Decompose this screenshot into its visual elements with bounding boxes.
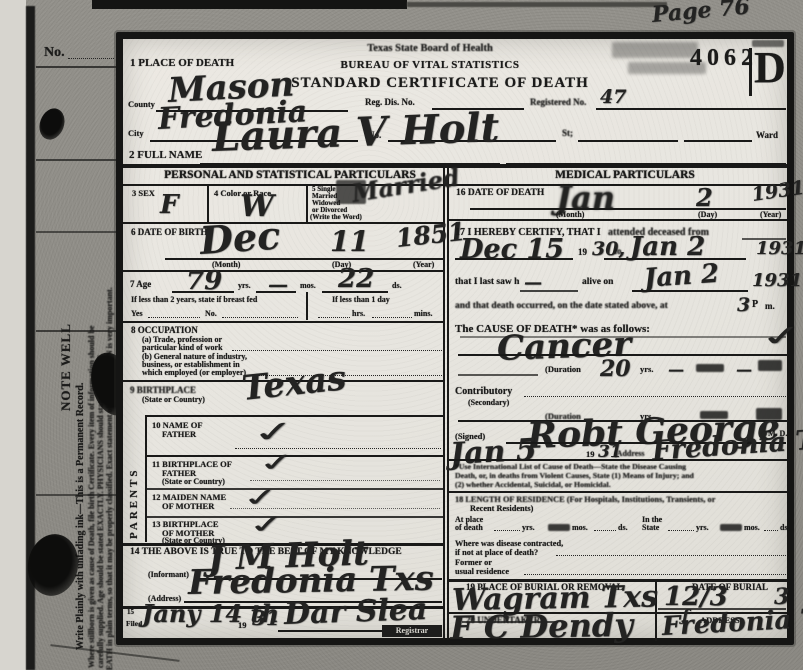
filed-19-printed: 19 [238, 621, 247, 630]
duration-label: (Duration [545, 365, 581, 374]
dod-year-label: (Year) [760, 211, 781, 219]
informant-label: (Informant) [148, 571, 189, 579]
last-saw-label: that I last saw h [455, 278, 519, 288]
scanned-certificate-page: Page 76 No. NOTE WELL Write Plainly with… [0, 0, 803, 670]
undertaker-handwriting: F C Dendy [450, 609, 633, 644]
father-name-label-2: FATHER [162, 430, 196, 439]
sex-handwriting: F [160, 192, 178, 218]
parents-label: PARENTS [129, 467, 140, 539]
signed-address-label: (Address [614, 450, 645, 458]
dob-month-handwriting: Dec [199, 216, 282, 260]
margin-rule [36, 231, 116, 233]
hrs-line [318, 317, 350, 318]
page-note-handwriting: Page 76 [651, 0, 750, 26]
margin-note-well: NOTE WELL [59, 323, 72, 411]
occupation-a-line [232, 350, 442, 351]
margin-rule [36, 159, 116, 161]
mother-name-checkmark: ✓ [239, 484, 283, 511]
birthplace-label: 9 BIRTHPLACE [130, 386, 196, 395]
marital-label-5: (Write the Word) [310, 214, 362, 221]
dob-day-handwriting: 11 [330, 228, 369, 256]
death-time-handwriting: 3 [737, 296, 750, 315]
residence-label-2: Recent Residents) [470, 505, 533, 513]
last-saw-line-1 [520, 290, 578, 292]
registered-no-label: Registered No. [530, 98, 586, 107]
residence-yrs-label: yrs. [522, 524, 535, 532]
ward-label: Ward [756, 131, 778, 140]
no-line [222, 317, 298, 318]
state-ds-label: ds. [780, 524, 790, 532]
residence-line [764, 530, 778, 531]
former-label-2: usual residence [455, 568, 509, 576]
secondary-label: (Secondary) [468, 399, 509, 407]
attended-line-2 [604, 258, 746, 260]
yrs-label: yrs. [238, 282, 251, 290]
film-edge [0, 0, 26, 670]
at-place-label-2: of death [455, 524, 483, 532]
age-label: 7 Age [130, 280, 151, 289]
to-label: to [614, 247, 622, 256]
mother-name-line [230, 508, 440, 509]
attended-to-handwriting: Jan 2 [630, 234, 705, 260]
age-days-handwriting: 22 [338, 266, 374, 292]
attended-to-year-handwriting: 1931 [756, 240, 803, 258]
occupation-a2: particular kind of work [142, 344, 223, 352]
row-divider [449, 459, 787, 461]
birthplace-state-label: (State or Country) [142, 396, 205, 404]
margin-stillborn-note-3: DEATH in plain terms, so that it may be … [106, 287, 114, 670]
margin-no-line [68, 58, 114, 59]
scratch-line [50, 644, 179, 661]
cell-divider [306, 292, 308, 320]
age-line [322, 291, 388, 293]
registered-no-handwriting: 47 [600, 88, 626, 107]
in-the-label-2: State [642, 524, 659, 532]
registered-no-line [596, 108, 786, 110]
m-label: m. [765, 302, 775, 311]
cause-checkmark: ✓ [756, 321, 803, 352]
father-birthplace-line [250, 480, 440, 481]
top-edge-band-2 [407, 2, 667, 7]
dod-label: 16 DATE OF DEATH [456, 189, 544, 199]
breast-fed-label: If less than 2 years, state if breast fe… [131, 296, 257, 304]
filed-number: 15 [127, 609, 134, 616]
residence-line [494, 530, 520, 531]
death-time-suffix: P [752, 300, 758, 310]
parents-divider [145, 415, 147, 542]
occupation-b3: which employed (or employer) [142, 369, 246, 377]
footnote-line-2: Death, or, in deaths from Violent Causes… [455, 472, 694, 480]
row-divider [145, 415, 444, 417]
less-day-label: If less than 1 day [332, 296, 390, 304]
county-label: County [128, 100, 155, 109]
dod-year-handwriting: 1931 [751, 179, 803, 205]
row-divider [449, 219, 787, 221]
duration-years-handwriting: 20 [600, 358, 631, 380]
sex-label: 3 SEX [132, 189, 155, 198]
father-birthplace-checkmark: ✓ [255, 449, 299, 476]
row-divider [449, 491, 787, 493]
yes-label: Yes [131, 310, 143, 318]
mos-label: mos. [300, 282, 316, 290]
attended-line-1 [455, 258, 573, 260]
yes-line [148, 317, 200, 318]
ink-blob [35, 105, 68, 143]
stamp-letter-d: D [754, 46, 786, 90]
cell-divider [306, 186, 308, 222]
city-label: City [128, 129, 144, 138]
bureau-title: BUREAU OF VITAL STATISTICS [320, 60, 540, 71]
row-divider [123, 321, 444, 323]
duration-yrs-label: yrs. [640, 365, 653, 374]
death-occurred-label: and that death occurred, on the date sta… [455, 302, 668, 312]
no-label: No. [205, 310, 217, 318]
dod-line [470, 208, 786, 210]
age-line [172, 291, 234, 293]
last-saw-date-handwriting: Jan 2 [643, 261, 720, 292]
reg-dis-label: Reg. Dis. No. [365, 98, 415, 107]
last-saw-line-2 [632, 290, 748, 292]
residence-ds-label: ds. [618, 524, 628, 532]
dod-month-label: (Month) [556, 211, 584, 219]
former-line [524, 574, 786, 575]
registrar-label-chip: Registrar [382, 625, 442, 637]
mother-name-label-2: OF MOTHER [162, 502, 214, 511]
residence-line [594, 530, 616, 531]
board-title: Texas State Board of Health [330, 44, 530, 55]
occupation-label: 8 OCCUPATION [131, 326, 198, 335]
filed-label: Filed [126, 620, 142, 628]
st-label: St; [562, 129, 573, 138]
row-divider [145, 488, 444, 490]
st-line [578, 140, 678, 142]
full-name-handwriting: Laura V Holt [211, 108, 499, 158]
filed-year-handwriting: 31 [252, 608, 280, 628]
state-yrs-label: yrs. [696, 524, 709, 532]
contributory-label: Contributory [455, 387, 512, 397]
ink-smear [720, 524, 742, 531]
residence-line [668, 530, 694, 531]
stamp-bracket [749, 48, 752, 96]
duration-dash-1: — [668, 362, 684, 378]
footnote-line-1: *Use International List of Cause of Deat… [455, 463, 686, 471]
duration-dash-2: — [736, 362, 752, 378]
stamp-smudge [612, 42, 698, 58]
ward-line [684, 140, 752, 142]
dod-day-handwriting: 2 [696, 186, 713, 210]
contributory-line [524, 396, 786, 397]
top-edge-band [92, 0, 407, 9]
contracted-line [556, 555, 786, 556]
margin-rule [36, 330, 116, 332]
alive-on-label: alive on [582, 278, 613, 288]
mins-line [372, 317, 412, 318]
ink-smear [758, 360, 782, 371]
mother-birthplace-checkmark: ✓ [245, 511, 289, 538]
printed-19-b: 19 [586, 450, 595, 459]
row-divider [145, 516, 444, 518]
certificate-number-stamp: 4062 [690, 46, 758, 70]
dob-line [165, 258, 443, 260]
margin-no-label: No. [44, 46, 65, 60]
margin-write-plainly: Write Plainly with unfading ink—This is … [76, 383, 86, 650]
father-birthplace-label-3: (State or Country) [162, 478, 225, 486]
hrs-label: hrs. [352, 310, 365, 318]
certificate-title: STANDARD CERTIFICATE OF DEATH [290, 76, 590, 91]
dob-year-label: (Year) [413, 261, 434, 269]
residence-mos-label: mos. [572, 524, 588, 532]
medical-section-title: MEDICAL PARTICULARS [520, 170, 730, 182]
birthplace-handwriting: Texas [240, 361, 347, 406]
contracted-label-2: if not at place of death? [455, 549, 538, 557]
dod-day-label: (Day) [698, 211, 717, 219]
duration-line [458, 374, 538, 376]
state-mos-label: mos. [744, 524, 760, 532]
footnote-line-3: (2) whether Accidental, Suicidal, or Hom… [455, 481, 611, 489]
ink-smear [696, 364, 724, 372]
father-name-checkmark: ✓ [248, 417, 300, 448]
last-saw-year-handwriting: 1931 [752, 272, 802, 290]
margin-rule [36, 66, 116, 68]
printed-19-a: 19 [578, 248, 587, 257]
ink-smear [548, 524, 570, 531]
ds-label: ds. [392, 282, 402, 290]
mins-label: mins. [414, 310, 432, 318]
age-line [256, 291, 296, 293]
full-name-label: 2 FULL NAME [129, 150, 202, 161]
dob-label: 6 DATE OF BIRTH [131, 228, 207, 237]
burial-date-handwriting: 12/3 [664, 584, 728, 610]
